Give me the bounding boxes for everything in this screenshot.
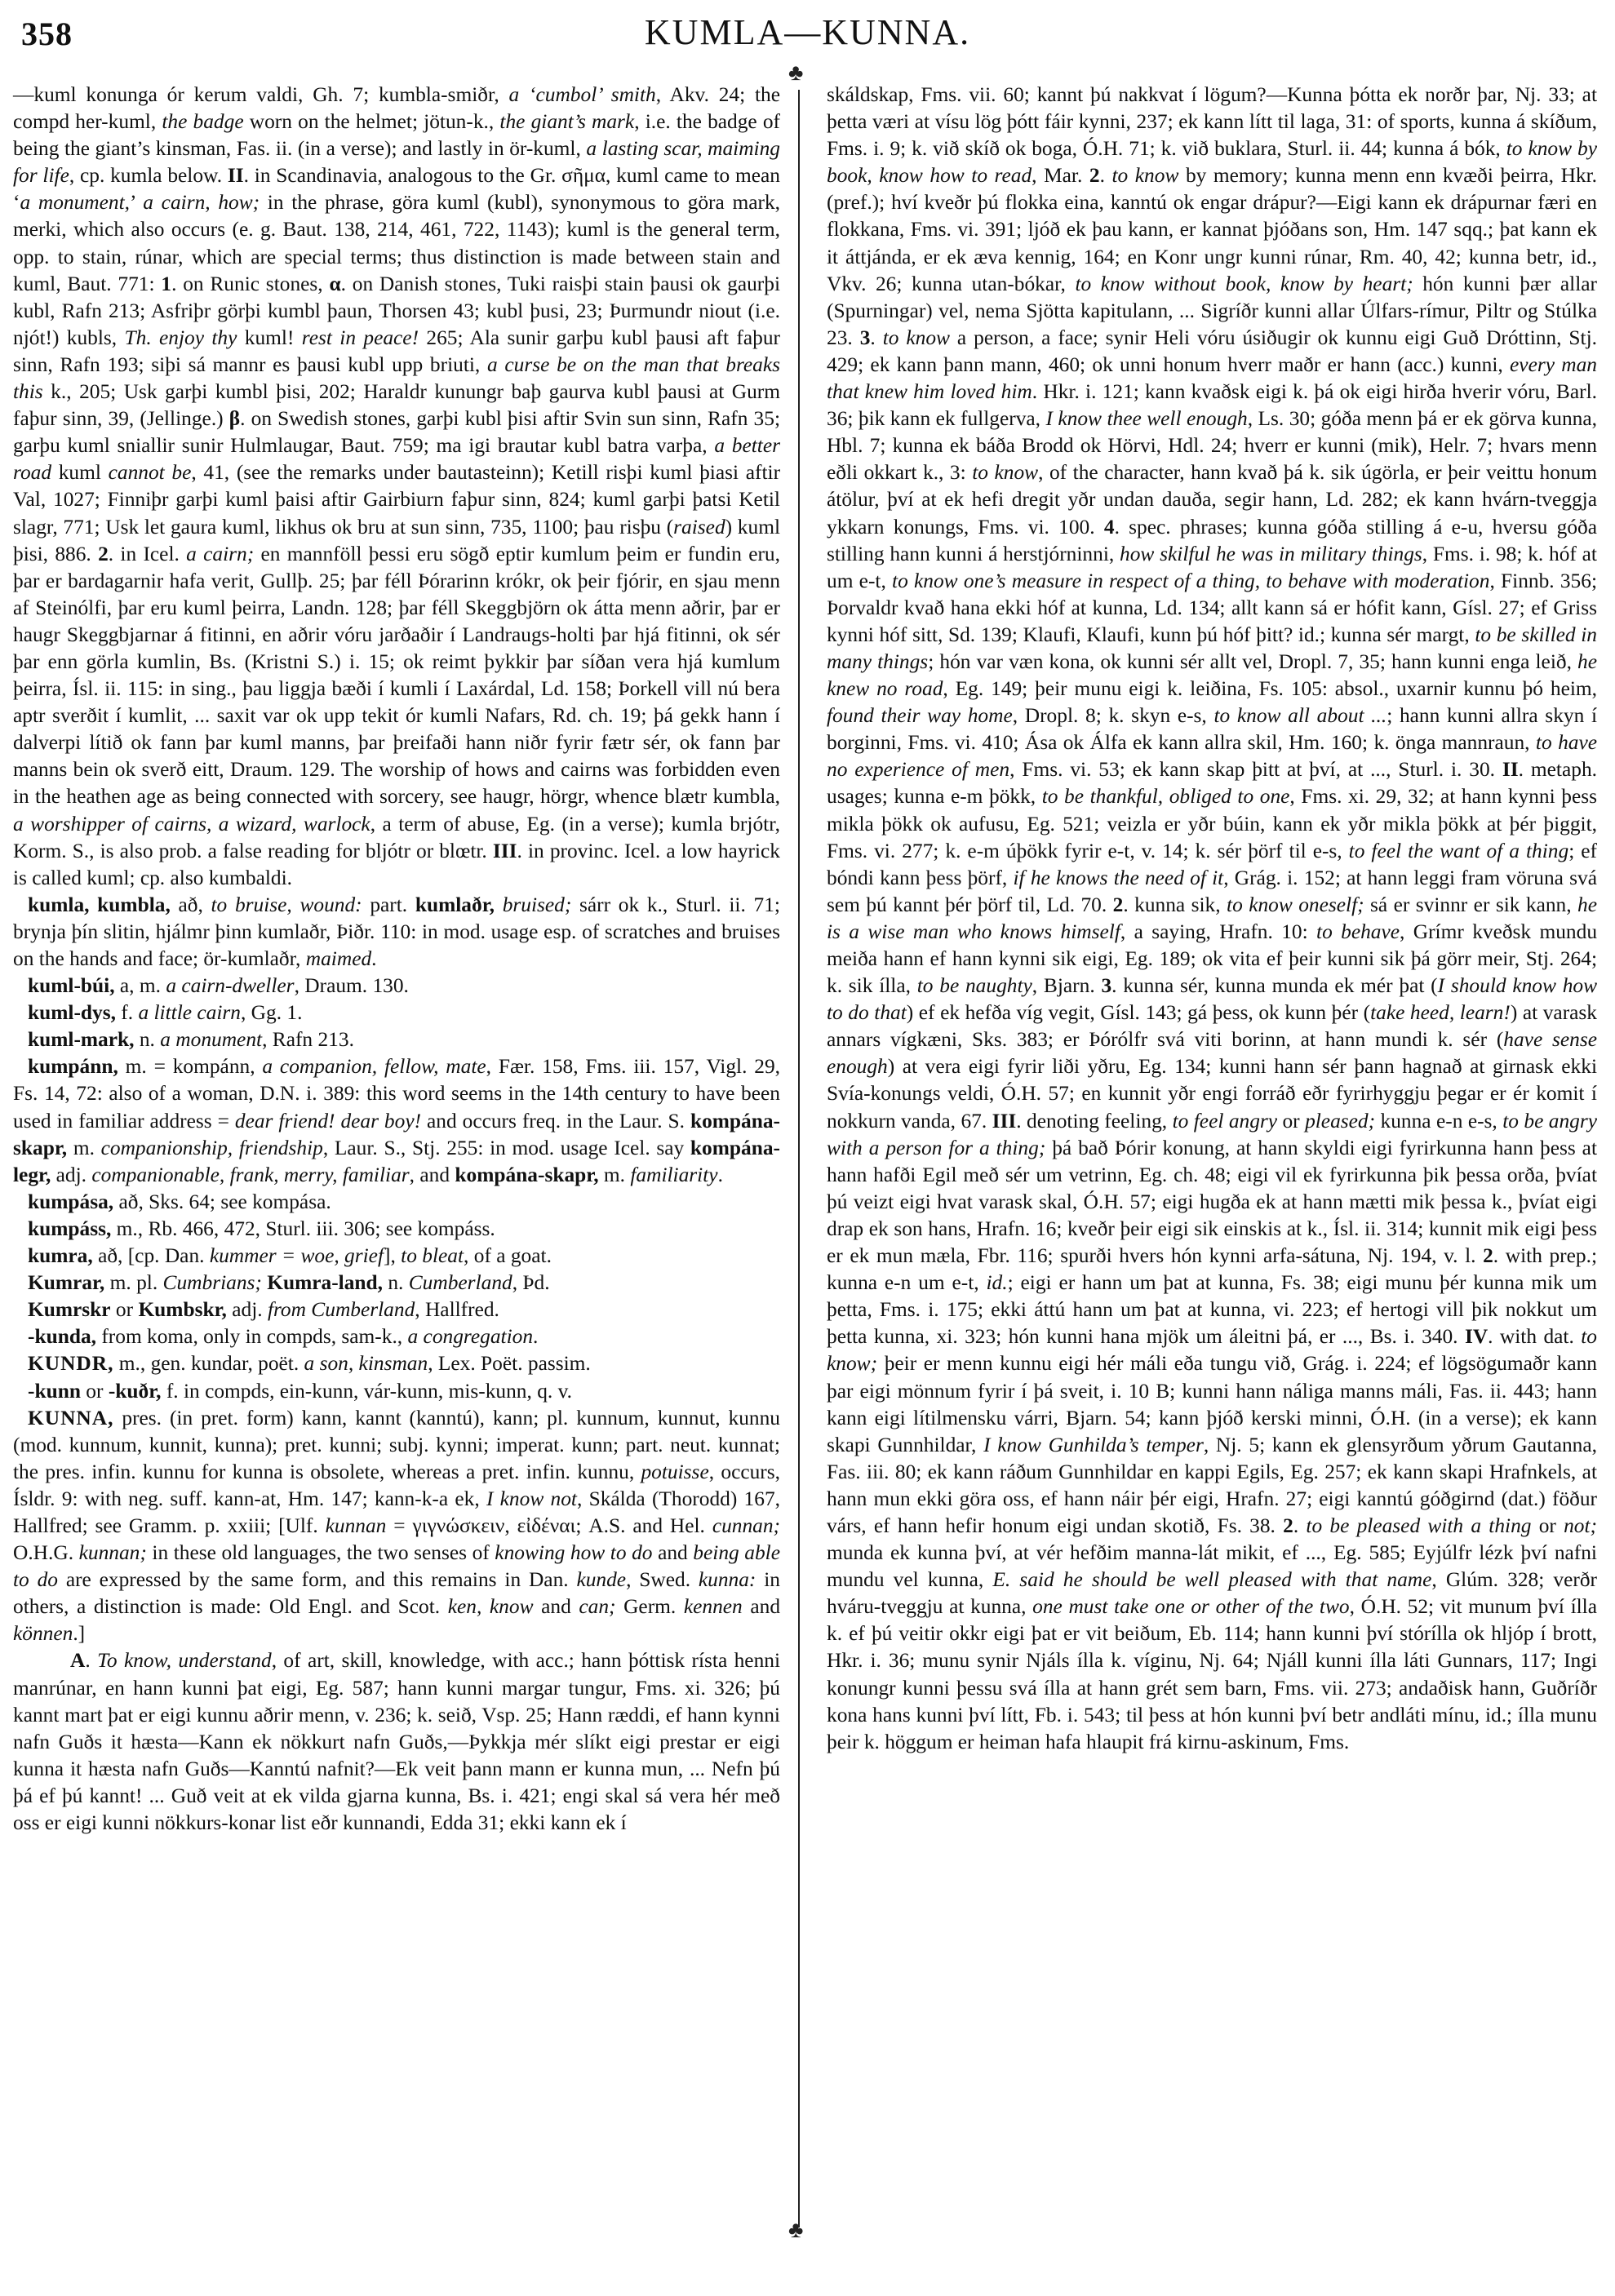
gloss-text: to feel the want of a thing xyxy=(1349,840,1569,862)
gloss-text: kunde xyxy=(576,1568,626,1591)
body-text: , of a goat. xyxy=(464,1244,552,1267)
gloss-text: to know xyxy=(972,461,1038,484)
gloss-text: a monument xyxy=(160,1028,262,1051)
body-text: . kunna sik, xyxy=(1123,893,1227,916)
body-text: . on Runic stones, xyxy=(171,273,329,295)
gloss-text: To know, understand xyxy=(97,1649,272,1672)
body-text: from koma, only in compds, sam-k., xyxy=(96,1325,408,1348)
headword: β xyxy=(229,407,240,430)
gloss-text: potuisse xyxy=(641,1460,708,1483)
dictionary-entry: kumpása, að, Sks. 64; see kompása. xyxy=(13,1189,780,1216)
gloss-text: maimed xyxy=(306,947,371,970)
headword: 3 xyxy=(1101,974,1111,997)
gloss-text: to know xyxy=(883,326,950,349)
body-text: n. xyxy=(383,1271,409,1294)
gloss-text: take heed, learn! xyxy=(1370,1001,1511,1024)
body-text: , Draum. 130. xyxy=(295,974,409,997)
gloss-text: to bleat xyxy=(401,1244,464,1267)
gloss-text: I know thee well enough xyxy=(1045,407,1247,430)
headword: kumlaðr, xyxy=(415,893,495,916)
gloss-text: a monument, xyxy=(20,191,130,214)
gloss-text: kunna: xyxy=(699,1568,756,1591)
body-text: , and xyxy=(410,1164,455,1186)
entry-list: kumla, kumbla, að, to bruise, wound: par… xyxy=(13,892,780,1648)
headword: Kumrar, xyxy=(28,1271,104,1294)
body-text: að, xyxy=(171,893,211,916)
gloss-text: a cairn-dweller xyxy=(166,974,294,997)
headword: Kumrskr xyxy=(28,1298,111,1321)
body-text: f. in compds, ein-kunn, vár-kunn, mis-ku… xyxy=(162,1380,572,1403)
body-text: . denoting feeling, xyxy=(1016,1110,1172,1132)
gloss-text: a worshipper of cairns, a wizard, warloc… xyxy=(13,813,370,836)
body-text: a, m. xyxy=(115,974,166,997)
gloss-text: to know one’s measure in respect of a th… xyxy=(892,570,1489,592)
dictionary-entry: kuml-dys, f. a little cairn, Gg. 1. xyxy=(13,1000,780,1026)
entry-kunna-continuation: skáldskap, Fms. vii. 60; kannt þú nakkva… xyxy=(827,82,1597,1756)
body-text: m., gen. kundar, poët. xyxy=(113,1352,304,1375)
body-text: or xyxy=(111,1298,139,1321)
headword: III xyxy=(493,840,517,862)
headword: 2 xyxy=(1283,1514,1293,1537)
right-column: skáldskap, Fms. vii. 60; kannt þú nakkva… xyxy=(827,82,1597,1756)
body-text: . xyxy=(1293,1514,1307,1537)
body-text: . xyxy=(371,947,376,970)
body-text: . xyxy=(870,326,882,349)
headword: -kunda, xyxy=(28,1325,96,1348)
gloss-text: I know Gunhilda’s temper xyxy=(983,1434,1204,1456)
gloss-text: not; xyxy=(1564,1514,1597,1537)
gloss-text: if he knows the need of it xyxy=(1013,867,1223,889)
body-text: ) ef ek hefða víg vegit, Gísl. 143; gá þ… xyxy=(907,1001,1370,1024)
gloss-text: kunnan xyxy=(326,1514,387,1537)
headword: kumpása, xyxy=(28,1190,113,1213)
dictionary-entry: KUNDR, m., gen. kundar, poët. a son, kin… xyxy=(13,1350,780,1377)
dictionary-entry: Kumrar, m. pl. Cumbrians; Kumra-land, n.… xyxy=(13,1270,780,1296)
gloss-text: kummer = woe, grief xyxy=(210,1244,384,1267)
body-text: and xyxy=(743,1595,780,1618)
running-head: KUMLA—KUNNA. xyxy=(0,11,1615,53)
body-text: , Þd. xyxy=(512,1271,550,1294)
body-text: sá er svinnr er sik kann, xyxy=(1364,893,1577,916)
body-text: f. xyxy=(116,1001,139,1024)
headword: A xyxy=(70,1649,85,1672)
headword: kumpáss, xyxy=(28,1217,111,1240)
body-text: m. = kompánn, xyxy=(118,1055,263,1078)
gloss-text: can; xyxy=(579,1595,615,1618)
headword: Kumbskr, xyxy=(138,1298,226,1321)
body-text: . in Icel. xyxy=(109,543,186,565)
headword: 3 xyxy=(860,326,871,349)
body-text: , Lex. Poët. passim. xyxy=(428,1352,591,1375)
gloss-text: to bruise, wound: xyxy=(211,893,362,916)
headword: kuml-búi, xyxy=(28,974,115,997)
body-text: m. xyxy=(67,1137,101,1159)
headword: Kumra-land, xyxy=(267,1271,383,1294)
gloss-text: to be thankful, obliged to one xyxy=(1042,785,1290,808)
body-text: . xyxy=(718,1164,723,1186)
dictionary-entry: kumpáss, m., Rb. 466, 472, Sturl. iii. 3… xyxy=(13,1216,780,1243)
headword: III xyxy=(992,1110,1017,1132)
body-text: , Eg. 149; þeir munu eigi k. leiðina, Fs… xyxy=(943,677,1597,700)
gloss-text: E. said he should be well pleased with t… xyxy=(992,1568,1431,1591)
headword: II xyxy=(1502,758,1519,781)
headword: 2 xyxy=(1483,1244,1493,1267)
gloss-text: to know without book, know by heart; xyxy=(1075,273,1413,295)
gloss-text: raised xyxy=(673,516,725,539)
gloss-text: to feel angry xyxy=(1173,1110,1277,1132)
gloss-text: from Cumberland xyxy=(268,1298,415,1321)
headword: kuml-mark, xyxy=(28,1028,135,1051)
body-text: —kuml konunga ór kerum valdi, Gh. 7; kum… xyxy=(13,83,509,106)
headword: 2 xyxy=(1089,164,1100,187)
body-text: m. pl. xyxy=(104,1271,162,1294)
body-text: . with dat. xyxy=(1488,1325,1581,1348)
body-text: kuml! xyxy=(237,326,301,349)
body-text: , Swed. xyxy=(626,1568,699,1591)
gloss-text: one must take one or other of the two xyxy=(1032,1595,1349,1618)
body-text: are expressed by the same form, and this… xyxy=(58,1568,576,1591)
body-text: en mannföll þessi eru sögð eptir kumlum … xyxy=(13,543,780,809)
gloss-text: knowing how to do xyxy=(495,1541,652,1564)
body-text: m. xyxy=(599,1164,631,1186)
column-ornament-bottom-icon: ♣ xyxy=(788,2219,803,2242)
body-text: worn on the helmet; jötun-k., xyxy=(244,110,500,133)
headword: IV xyxy=(1465,1325,1488,1348)
body-text xyxy=(495,893,503,916)
gloss-text: I know not xyxy=(486,1487,577,1510)
gloss-text: kunnan; xyxy=(79,1541,147,1564)
body-text: . xyxy=(1100,164,1112,187)
body-text: ; hón var væn kona, ok kunni sér allt ve… xyxy=(928,650,1577,673)
gloss-text: rest in peace! xyxy=(302,326,419,349)
entry-kuml-continuation: —kuml konunga ór kerum valdi, Gh. 7; kum… xyxy=(13,82,780,892)
body-text: að, Sks. 64; see kompása. xyxy=(113,1190,331,1213)
dictionary-entry: -kunn or -kuðr, f. in compds, ein-kunn, … xyxy=(13,1378,780,1405)
left-column: —kuml konunga ór kerum valdi, Gh. 7; kum… xyxy=(13,82,780,1837)
body-text: and xyxy=(653,1541,694,1564)
body-text: = γιγνώσκειν, εἰδέναι; A.S. and Hel. xyxy=(386,1514,712,1537)
body-text: adj. xyxy=(227,1298,268,1321)
body-text: kunna e-n e-s, xyxy=(1375,1110,1502,1132)
dictionary-entry: kumpánn, m. = kompánn, a companion, fell… xyxy=(13,1053,780,1188)
headword: 1 xyxy=(161,273,171,295)
headword: -kunn xyxy=(28,1380,81,1403)
headword: kuml-dys, xyxy=(28,1001,116,1024)
gloss-text: to be pleased with a thing xyxy=(1306,1514,1531,1537)
body-text: or xyxy=(81,1380,109,1403)
column-ornament-top-icon: ♣ xyxy=(788,62,803,85)
headword: 2 xyxy=(1113,893,1124,916)
headword: KUNNA, xyxy=(28,1407,113,1429)
body-text: kuml xyxy=(51,461,109,484)
body-text: . xyxy=(85,1649,97,1672)
body-text: .] xyxy=(73,1622,85,1645)
dictionary-entry: kumra, að, [cp. Dan. kummer = woe, grief… xyxy=(13,1243,780,1270)
headword: KUNDR, xyxy=(28,1352,113,1375)
gloss-text: familiarity xyxy=(630,1164,717,1186)
gloss-text: the badge xyxy=(162,110,243,133)
body-text: , Bjarn. xyxy=(1032,974,1102,997)
gloss-text: how skilful he was in military things xyxy=(1120,543,1422,565)
dictionary-entry: -kunda, from koma, only in compds, sam-k… xyxy=(13,1323,780,1350)
body-text: skáldskap, Fms. vii. 60; kannt þú nakkva… xyxy=(827,83,1597,160)
dictionary-entry: Kumrskr or Kumbskr, adj. from Cumberland… xyxy=(13,1296,780,1323)
gloss-text: kennen xyxy=(684,1595,743,1618)
body-text: or xyxy=(1531,1514,1564,1537)
gloss-text: companionship, friendship xyxy=(101,1137,323,1159)
body-text: or xyxy=(1277,1110,1305,1132)
headword: kumra, xyxy=(28,1244,93,1267)
gloss-text: Cumberland xyxy=(409,1271,512,1294)
gloss-text: können xyxy=(13,1622,73,1645)
gloss-text: the giant’s mark xyxy=(499,110,634,133)
gloss-text: a son, kinsman xyxy=(304,1352,428,1375)
gloss-text: found their way home xyxy=(827,704,1013,727)
body-text: . kunna sér, kunna munda ek mér þat ( xyxy=(1111,974,1438,997)
gloss-text: a cairn; xyxy=(186,543,254,565)
body-text: , Mar. xyxy=(1032,164,1089,187)
gloss-text: cunnan; xyxy=(712,1514,780,1537)
gloss-text: companionable, frank, merry, familiar xyxy=(91,1164,409,1186)
body-text: , Fms. vi. 53; ek kann skap þitt at því,… xyxy=(1009,758,1502,781)
body-text: n. xyxy=(135,1028,161,1051)
headword: α xyxy=(329,273,340,295)
body-text: , Dropl. 8; k. skyn e-s, xyxy=(1013,704,1214,727)
gloss-text: bruised; xyxy=(503,893,572,916)
dictionary-entry: kuml-búi, a, m. a cairn-dweller, Draum. … xyxy=(13,973,780,1000)
body-text: , Rafn 213. xyxy=(262,1028,354,1051)
section-a-paragraph: A. To know, understand, of art, skill, k… xyxy=(13,1647,780,1837)
headword: kumpánn, xyxy=(28,1055,118,1078)
gloss-text: to know xyxy=(1111,164,1178,187)
body-text: and xyxy=(534,1595,579,1618)
gloss-text: a congregation xyxy=(408,1325,534,1348)
headword: kumla, kumbla, xyxy=(28,893,171,916)
gloss-text: id. xyxy=(986,1271,1007,1294)
body-text: Germ. xyxy=(616,1595,684,1618)
headword: 4 xyxy=(1104,516,1115,539)
body-text: adj. xyxy=(51,1164,91,1186)
body-text: að, [cp. Dan. xyxy=(93,1244,210,1267)
gloss-text: a companion, fellow, mate xyxy=(262,1055,486,1078)
gloss-text: cannot be xyxy=(109,461,192,484)
body-text: , cp. kumla below. xyxy=(69,164,228,187)
dictionary-entry: kuml-mark, n. a monument, Rafn 213. xyxy=(13,1026,780,1053)
column-divider xyxy=(798,90,800,2227)
headword: kompána-skapr, xyxy=(455,1164,598,1186)
gloss-text: pleased; xyxy=(1305,1110,1375,1132)
body-text: , a saying, Hrafn. 10: xyxy=(1120,920,1316,943)
dictionary-entry: kumla, kumbla, að, to bruise, wound: par… xyxy=(13,892,780,973)
body-text: , Gg. 1. xyxy=(241,1001,302,1024)
gloss-text: ken, know xyxy=(448,1595,534,1618)
gloss-text: a little cairn xyxy=(138,1001,241,1024)
body-text: . xyxy=(533,1325,538,1348)
gloss-text: to know all about ... xyxy=(1213,704,1387,727)
gloss-text: a ‘cumbol’ smith xyxy=(509,83,656,106)
body-text: and occurs freq. in the Laur. S. xyxy=(421,1110,690,1132)
body-text: , Laur. S., Stj. 255: in mod. usage Icel… xyxy=(323,1137,690,1159)
gloss-text: a cairn, how; xyxy=(143,191,260,214)
body-text: in these old languages, the two senses o… xyxy=(147,1541,495,1564)
body-text: m., Rb. 466, 472, Sturl. iii. 306; see k… xyxy=(111,1217,495,1240)
body-text: ], xyxy=(384,1244,401,1267)
body-text: ’ xyxy=(130,191,143,214)
gloss-text: to know oneself; xyxy=(1227,893,1364,916)
dictionary-entry: KUNNA, pres. (in pret. form) kann, kannt… xyxy=(13,1405,780,1648)
gloss-text: to be naughty xyxy=(917,974,1032,997)
headword: II xyxy=(228,164,244,187)
body-text: , of art, skill, knowledge, with acc.; h… xyxy=(13,1649,780,1834)
headword: -kuðr, xyxy=(109,1380,162,1403)
gloss-text: to behave xyxy=(1316,920,1400,943)
gloss-text: dear friend! dear boy! xyxy=(235,1110,421,1132)
headword: 2 xyxy=(98,543,109,565)
body-text: , Hallfred. xyxy=(415,1298,499,1321)
gloss-text: Th. enjoy thy xyxy=(125,326,237,349)
body-text: , Ó.H. 52; vit munum því ílla k. ef þú v… xyxy=(827,1595,1597,1753)
body-text: O.H.G. xyxy=(13,1541,79,1564)
gloss-text: Cumbrians; xyxy=(163,1271,262,1294)
body-text: part. xyxy=(362,893,415,916)
